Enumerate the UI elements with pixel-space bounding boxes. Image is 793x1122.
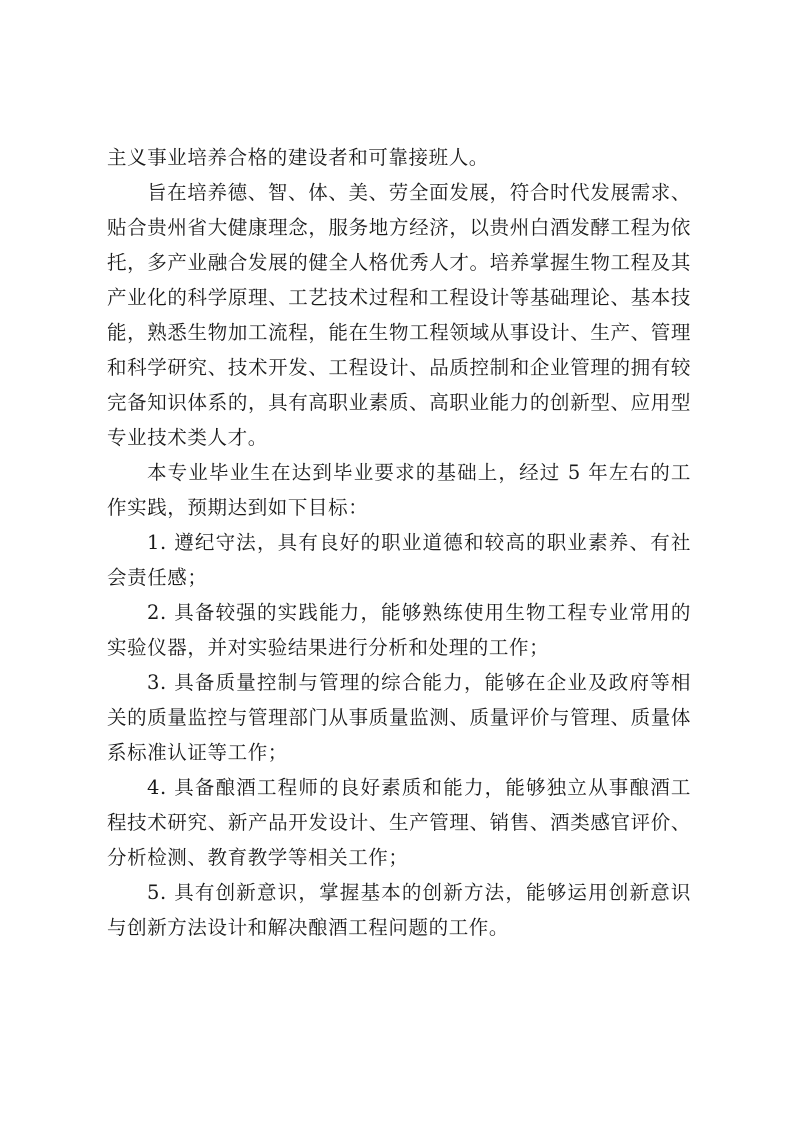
paragraph-continuation: 主义事业培养合格的建设者和可靠接班人。 xyxy=(107,140,691,175)
goal-item-4: 4. 具备酿酒工程师的良好素质和能力，能够独立从事酿酒工程技术研究、新产品开发设… xyxy=(107,770,691,875)
goal-item-2: 2. 具备较强的实践能力，能够熟练使用生物工程专业常用的实验仪器，并对实验结果进… xyxy=(107,595,691,665)
paragraph-goals-intro: 本专业毕业生在达到毕业要求的基础上，经过 5 年左右的工作实践，预期达到如下目标… xyxy=(107,455,691,525)
goal-item-1: 1. 遵纪守法，具有良好的职业道德和较高的职业素养、有社会责任感； xyxy=(107,525,691,595)
paragraph-training-aim: 旨在培养德、智、体、美、劳全面发展，符合时代发展需求、贴合贵州省大健康理念，服务… xyxy=(107,175,691,455)
goal-item-3: 3. 具备质量控制与管理的综合能力，能够在企业及政府等相关的质量监控与管理部门从… xyxy=(107,665,691,770)
goal-item-5: 5. 具有创新意识，掌握基本的创新方法，能够运用创新意识与创新方法设计和解决酿酒… xyxy=(107,875,691,945)
document-page: 主义事业培养合格的建设者和可靠接班人。 旨在培养德、智、体、美、劳全面发展，符合… xyxy=(107,140,691,945)
